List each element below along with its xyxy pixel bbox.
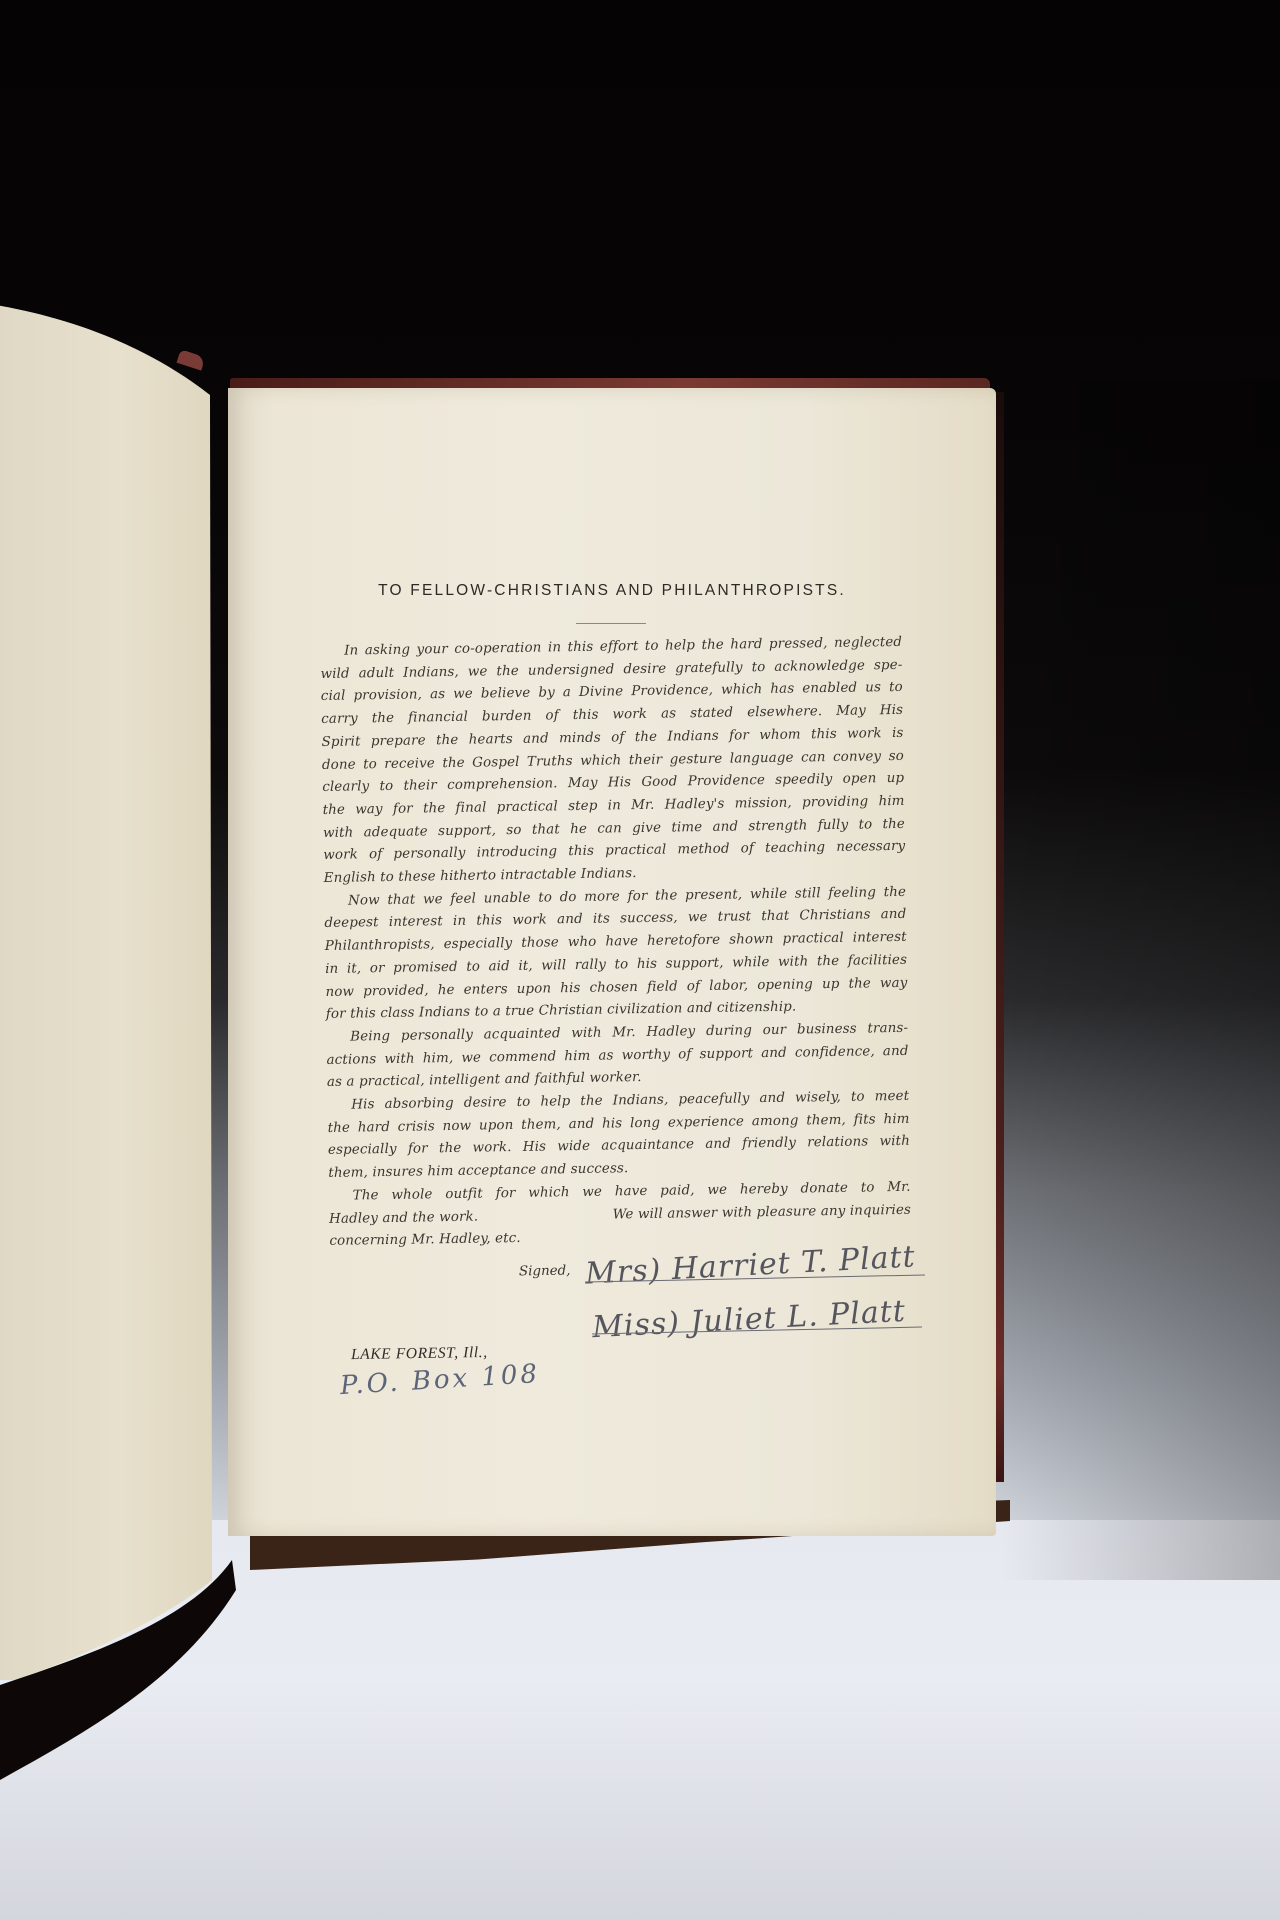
closing-right: We will answer with pleasure any inquiri… <box>612 1199 911 1226</box>
paragraph: Now that we feel unable to do more for t… <box>324 882 908 1027</box>
book-cover-edge-right <box>996 392 1004 1482</box>
paragraph: The whole outfit for which we have paid,… <box>329 1177 912 1254</box>
title-divider <box>576 623 646 624</box>
background-shadow <box>1000 380 1280 1580</box>
page-title: TO FELLOW-CHRISTIANS AND PHILANTHROPISTS… <box>228 582 996 600</box>
paragraph: Being personally acquainted with Mr. Had… <box>326 1018 909 1095</box>
left-page <box>0 300 252 1680</box>
closing-left: Hadley and the work. <box>329 1206 479 1231</box>
signed-label: Signed, <box>519 1264 571 1280</box>
paragraph: His absorbing desire to help the Indians… <box>327 1086 910 1186</box>
cover-corner <box>176 349 205 370</box>
paragraph: In asking your co-operation in this effo… <box>320 632 906 891</box>
letter-body: In asking your co-operation in this effo… <box>320 632 912 1254</box>
place-line: LAKE FOREST, Ill., <box>351 1344 488 1364</box>
